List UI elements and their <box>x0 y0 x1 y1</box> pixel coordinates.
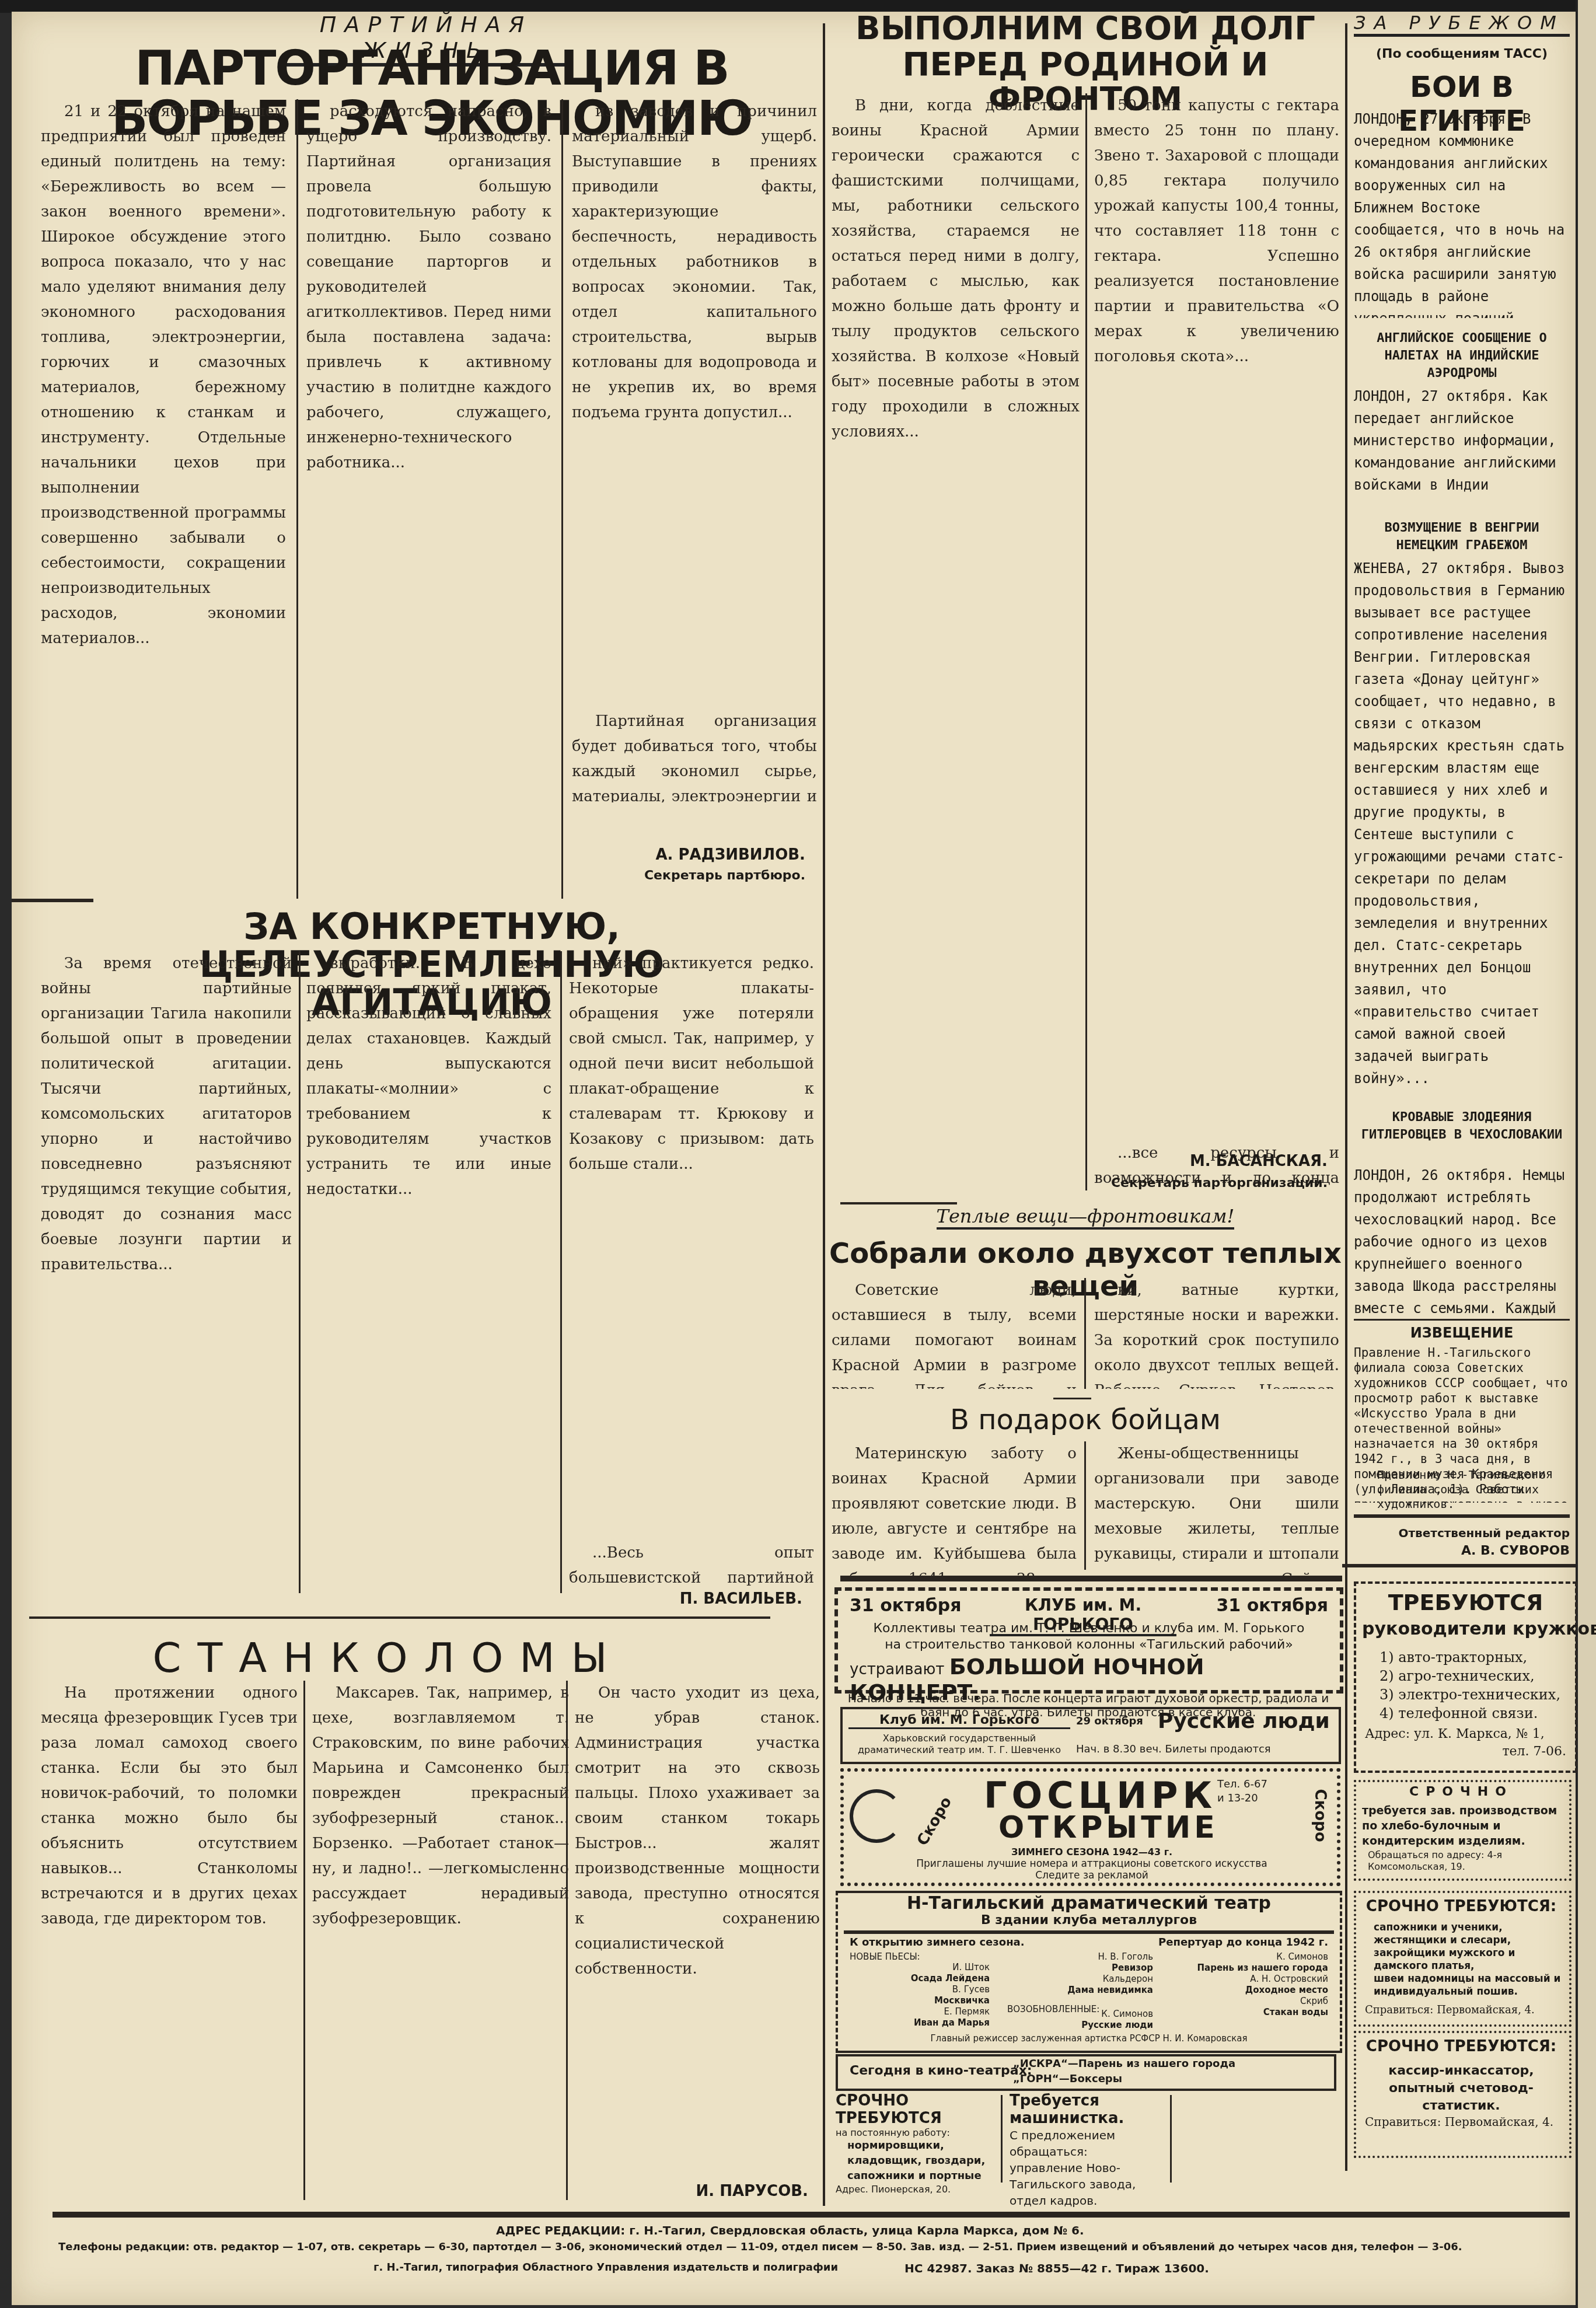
abroad-source: (По сообщениям ТАСС) <box>1354 47 1570 61</box>
editor-name: А. В. СУВОРОВ <box>1354 1544 1570 1558</box>
ad-theatre-plays-col3: К. СимоновПарень из нашего города А. Н. … <box>1171 1951 1328 2018</box>
column-divider <box>303 1681 305 2200</box>
ad-jobs-subtitle: на постоянную работу: <box>836 2127 993 2138</box>
ad-rp-footer: Нач. в 8.30 веч. Билеты продаются <box>1076 1743 1271 1755</box>
rule <box>844 1930 1334 1934</box>
column-divider <box>560 951 562 1593</box>
headline-stankolomy: СТАНКОЛОМЫ <box>12 1634 764 1682</box>
editor-label: Ответственный редактор <box>1354 1526 1570 1540</box>
economy-closing: Партийная организация будет добиваться т… <box>572 709 817 802</box>
ad-theatre-subtitle: В здании клуба металлургов <box>838 1913 1340 1928</box>
warm-column-1: Советские люди, оставшиеся в тылу, всеми… <box>832 1278 1077 1389</box>
section-rule <box>1354 1514 1570 1518</box>
ad-theatre-plays-col1: И. ШтокОсада Лейдена В. ГусевМосквичка Е… <box>850 1962 990 2028</box>
circus-logo-icon <box>850 1789 903 1843</box>
play-author: Н. В. Гоголь <box>1007 1951 1153 1963</box>
column-divider <box>566 1681 568 2200</box>
ad-cashier: СРОЧНО ТРЕБУЮТСЯ: кассир-инкассатор, опы… <box>1354 2031 1571 2158</box>
economy-column-3: из заводов и причинил материальный ущерб… <box>572 99 817 706</box>
duty-column-1: В дни, когда доблестные воины Красной Ар… <box>832 93 1080 1138</box>
ad-cinema-line1: „ИСКРА“—Парень из нашего города <box>1013 2058 1235 2070</box>
stankolomy-column-2: Максарев. Так, например, в цехе, возглав… <box>312 1681 569 2206</box>
page-column-divider <box>823 23 825 2206</box>
ad-bakery-title: СРОЧНО <box>1356 1785 1566 1799</box>
ad-club-phone: тел. 7-06. <box>1502 1744 1566 1759</box>
section-rule <box>12 899 93 902</box>
rubric-abroad: ЗА РУБЕЖОМ <box>1354 12 1570 37</box>
ad-jobs-text: нормировщики, кладовщик, гвоздари, сапож… <box>836 2138 993 2184</box>
play-title: Москвичка <box>850 1995 990 2006</box>
ads-top-rule <box>840 1576 1342 1581</box>
section-rule <box>1053 1398 1091 1399</box>
ad-cinema-line2: „ГОРН“—Боксеры <box>1013 2073 1122 2085</box>
footer-order: НС 42987. Заказ № 8855—42 г. Тираж 13600… <box>904 2261 1209 2275</box>
ad-tailors-item: сапожники и ученики, <box>1374 1921 1566 1934</box>
ad-club-leaders: ТРЕБУЮТСЯ руководители кружков 1) авто-т… <box>1354 1581 1577 1773</box>
section-rule <box>1342 1564 1576 1567</box>
ad-tailors: СРОЧНО ТРЕБУЮТСЯ: сапожники и ученики, ж… <box>1354 1891 1571 2027</box>
play-title: Доходное место <box>1171 1985 1328 1996</box>
ad-circus-soon-right: Скоро <box>1311 1789 1329 1842</box>
headline-czechoslovakia: КРОВАВЫЕ ЗЛОДЕЯНИЯ ГИТЛЕРОВЦЕВ В ЧЕХОСЛО… <box>1354 1109 1570 1144</box>
ad-circus-opening: ОТКРЫТИЕ <box>998 1810 1218 1845</box>
footer-rule <box>53 2212 1570 2218</box>
ad-tailors-items: сапожники и ученики, жестянщики и слесар… <box>1374 1921 1566 1998</box>
play-author: К. Симонов <box>1007 2009 1153 2020</box>
ad-theatre-plays-col2: Н. В. ГогольРевизор КальдеронДама невиди… <box>1007 1951 1153 2031</box>
ad-circus-soon-left: Скоро <box>914 1794 956 1849</box>
ad-circus-line1: Приглашены лучшие номера и аттракционы с… <box>902 1858 1281 1870</box>
column-divider <box>1084 1441 1086 1570</box>
column-divider <box>299 951 301 1593</box>
ad-jobs-title: СРОЧНО ТРЕБУЮТСЯ <box>836 2092 993 2127</box>
ad-theatre: Н-Тагильский драматический театр В здани… <box>836 1891 1342 2053</box>
story-egypt-text: ЛОНДОН, 27 октября. В очередном коммюник… <box>1354 108 1570 318</box>
ad-club-subtitle: руководители кружков <box>1362 1619 1596 1639</box>
ad-typist-text: С предложением обращаться: управление Но… <box>1010 2127 1161 2209</box>
ad-theatre-title: Н-Тагильский драматический театр <box>838 1893 1340 1914</box>
ad-cashier-title: СРОЧНО ТРЕБУЮТСЯ: <box>1356 2038 1566 2055</box>
ad-rp-club: Клуб им. М. Горького <box>848 1713 1070 1729</box>
footer-phones: Телефоны редакции: отв. редактор — 1-07,… <box>58 2241 1576 2253</box>
ad-circus-season: ЗИМНЕГО СЕЗОНА 1942—43 г. <box>902 1846 1281 1857</box>
play-author: В. Гусев <box>850 1984 990 1995</box>
headline-duty-line1: ВЫПОЛНИМ СВОЙ ДОЛГ <box>829 12 1342 46</box>
play-author: А. Н. Островский <box>1171 1974 1328 1985</box>
headline-india-aerodromes: АНГЛИЙСКОЕ СООБЩЕНИЕ О НАЛЕТАХ НА ИНДИЙС… <box>1354 330 1570 382</box>
ad-theatre-opening: К открытию зимнего сезона. <box>850 1936 1025 1949</box>
play-author: К. Симонов <box>1171 1951 1328 1963</box>
ad-concert: 31 октября КЛУБ им. М. ГОРЬКОГО 31 октяб… <box>834 1587 1343 1694</box>
warm-column-2: ки, ватные куртки, шерстяные носки и вар… <box>1094 1278 1339 1389</box>
ad-rp-theatre: Харьковский государственный драматически… <box>848 1733 1070 1756</box>
agitation-signature: П. ВАСИЛЬЕВ. <box>569 1590 802 1608</box>
footer-address: АДРЕС РЕДАКЦИИ: г. Н.-Тагил, Свердловска… <box>496 2223 1576 2237</box>
play-author: Скриб <box>1171 1996 1328 2007</box>
ad-club-item: 3) электро-технических, <box>1380 1685 1560 1704</box>
ad-bakery-address: Обращаться по адресу: 4-я Комсомольская,… <box>1368 1849 1563 1873</box>
ad-cashier-text: кассир-инкассатор, опытный счетовод-стат… <box>1362 2062 1560 2115</box>
duty-column-2: 50 тонн капусты с гектара вместо 25 тонн… <box>1094 93 1339 1138</box>
ad-jobs-address: Адрес. Пионерская, 20. <box>836 2184 993 2195</box>
ad-tailors-title: СРОЧНО ТРЕБУЮТСЯ: <box>1356 1898 1566 1915</box>
ad-club-items: 1) авто-тракторных, 2) агро-технических,… <box>1380 1648 1560 1723</box>
ad-theatre-director: Главный режиссер заслуженная артистка РС… <box>838 2033 1340 2044</box>
agitation-column-3: ний» практикуется редко. Некоторые плака… <box>569 951 814 1546</box>
ad-concert-line1: Коллективы театра им. Т. Г. Шевченко и к… <box>838 1621 1340 1636</box>
ad-theatre-repertoire: Репертуар до конца 1942 г. <box>1158 1936 1328 1949</box>
ad-concert-date-left: 31 октября <box>850 1595 962 1616</box>
ad-typist: Требуется машинистка. С предложением обр… <box>1010 2092 1161 2185</box>
notice-title: ИЗВЕЩЕНИЕ <box>1354 1325 1570 1341</box>
ad-club-item: 2) агро-технических, <box>1380 1667 1560 1685</box>
notice-signed: Правление Н.-Тагильского филиала союза С… <box>1377 1468 1570 1511</box>
stankolomy-column-3: Он часто уходит из цеха, не убрав станок… <box>575 1681 820 2159</box>
ad-concert-line2: на строительство танковой колонны «Тагил… <box>838 1637 1340 1652</box>
play-title: Иван да Марья <box>850 2017 990 2028</box>
column-divider <box>1001 2095 1003 2183</box>
ad-circus-line2: Следите за рекламой <box>902 1870 1281 1881</box>
stankolomy-signature: И. ПАРУСОВ. <box>575 2183 808 2200</box>
duty-signature-name: М. БАСАНСКАЯ. <box>1094 1153 1328 1170</box>
ad-jobs-urgent: СРОЧНО ТРЕБУЮТСЯ на постоянную работу: н… <box>836 2092 993 2185</box>
column-divider <box>1085 93 1087 1190</box>
economy-signature-name: А. РАДЗИВИЛОВ. <box>572 846 805 864</box>
ad-cinema-label: Сегодня в кино-театрах: <box>850 2063 1032 2078</box>
ad-russian-people: Клуб им. М. Горького Харьковский государ… <box>840 1707 1341 1764</box>
section-rule <box>1354 1319 1570 1321</box>
agitation-column-2: выработки. В цехе появился яркий плакат,… <box>306 951 551 1599</box>
economy-column-2: расходуются напрасно, в ущерб производст… <box>306 99 551 706</box>
ad-typist-title: Требуется машинистка. <box>1010 2092 1161 2127</box>
ad-tailors-item: жестянщики и слесари, <box>1374 1934 1566 1947</box>
play-title: Стакан воды <box>1171 2007 1328 2018</box>
ad-tailors-item: швеи надомницы на массовый и индивидуаль… <box>1374 1972 1566 1998</box>
headline-hungary: ВОЗМУЩЕНИЕ В ВЕНГРИИ НЕМЕЦКИМ ГРАБЕЖОМ <box>1354 519 1570 554</box>
scan-top-edge <box>0 0 1596 13</box>
story-hungary-text: ЖЕНЕВА, 27 октября. Вывоз продовольствия… <box>1354 557 1570 1094</box>
column-divider <box>1084 1278 1086 1389</box>
ad-circus: Скоро ГОСЦИРК Тел. 6-67 и 13-20 ОТКРЫТИЕ… <box>840 1768 1340 1886</box>
story-czech-text: ЛОНДОН, 26 октября. Немцы продолжают ист… <box>1354 1164 1570 1316</box>
gift-column-2: Жены-общественницы организовали при заво… <box>1094 1441 1339 1576</box>
duty-signature-role: Секретарь парторганизации. <box>1094 1176 1328 1190</box>
column-divider <box>561 99 563 899</box>
ad-tailors-address: Справиться: Первомайская, 4. <box>1365 2004 1535 2016</box>
ad-club-item: 1) авто-тракторных, <box>1380 1648 1560 1667</box>
ad-rp-date: 29 октября <box>1076 1715 1143 1727</box>
section-rule <box>840 1202 957 1204</box>
play-title: Ревизор <box>1007 1963 1153 1974</box>
economy-column-1: 21 и 22 октября на нашем предприятии был… <box>41 99 286 706</box>
ad-circus-phone: Тел. 6-67 и 13-20 <box>1217 1778 1270 1806</box>
ad-bakery: СРОЧНО требуется зав. производством по х… <box>1354 1780 1571 1881</box>
page-column-divider <box>1345 23 1347 2171</box>
ad-cinema: Сегодня в кино-театрах: „ИСКРА“—Парень и… <box>836 2054 1336 2091</box>
play-title: Дама невидимка <box>1007 1985 1153 1996</box>
ad-tailors-item: закройщики мужского и дамского платья, <box>1374 1947 1566 1972</box>
ad-theatre-new-label: НОВЫЕ ПЬЕСЫ: <box>850 1951 920 1962</box>
newspaper-page: ПАРТИЙНАЯ ЖИЗНЬ ПАРТОРГАНИЗАЦИЯ В БОРЬБЕ… <box>12 12 1576 2305</box>
agitation-column-1: За время отечественной войны партийные о… <box>41 951 292 1599</box>
agitation-closing: ...Весь опыт большевистской партийной аг… <box>569 1541 814 1593</box>
ad-club-address: Адрес: ул. К. Маркса, № 1, <box>1365 1727 1545 1741</box>
rubric-warm-things: Теплые вещи—фронтовикам! <box>829 1205 1342 1227</box>
ad-club-item: 4) телефонной связи. <box>1380 1704 1560 1723</box>
stankolomy-column-1: На протяжении одного месяца фрезеровщик … <box>41 1681 298 2206</box>
gift-column-1: Материнскую заботу о воинах Красной Арми… <box>832 1441 1077 1576</box>
play-title: Русские люди <box>1007 2020 1153 2031</box>
wavy-divider <box>29 1616 770 1619</box>
ad-rp-play: Русские люди <box>1158 1709 1330 1733</box>
economy-signature-role: Секретарь партбюро. <box>572 868 805 883</box>
column-divider <box>1170 2095 1172 2183</box>
play-author: И. Шток <box>850 1962 990 1973</box>
play-title: Парень из нашего города <box>1171 1963 1328 1974</box>
headline-gift: В подарок бойцам <box>829 1403 1342 1436</box>
ad-concert-date-right: 31 октября <box>1217 1595 1329 1616</box>
column-divider <box>296 99 298 899</box>
footer-printer: г. Н.-Тагил, типография Областного Управ… <box>373 2261 838 2274</box>
play-author: Кальдерон <box>1007 1974 1153 1985</box>
play-author: Е. Пермяк <box>850 2006 990 2017</box>
ad-club-title: ТРЕБУЮТСЯ <box>1356 1590 1575 1615</box>
ad-cashier-address: Справиться: Первомайская, 4. <box>1365 2115 1553 2129</box>
adjacent-page-edge <box>1576 0 1596 2308</box>
ad-bakery-text: требуется зав. производством по хлебо-бу… <box>1362 1803 1563 1849</box>
story-india-text: ЛОНДОН, 27 октября. Как передает английс… <box>1354 385 1570 496</box>
play-title: Осада Лейдена <box>850 1973 990 1984</box>
